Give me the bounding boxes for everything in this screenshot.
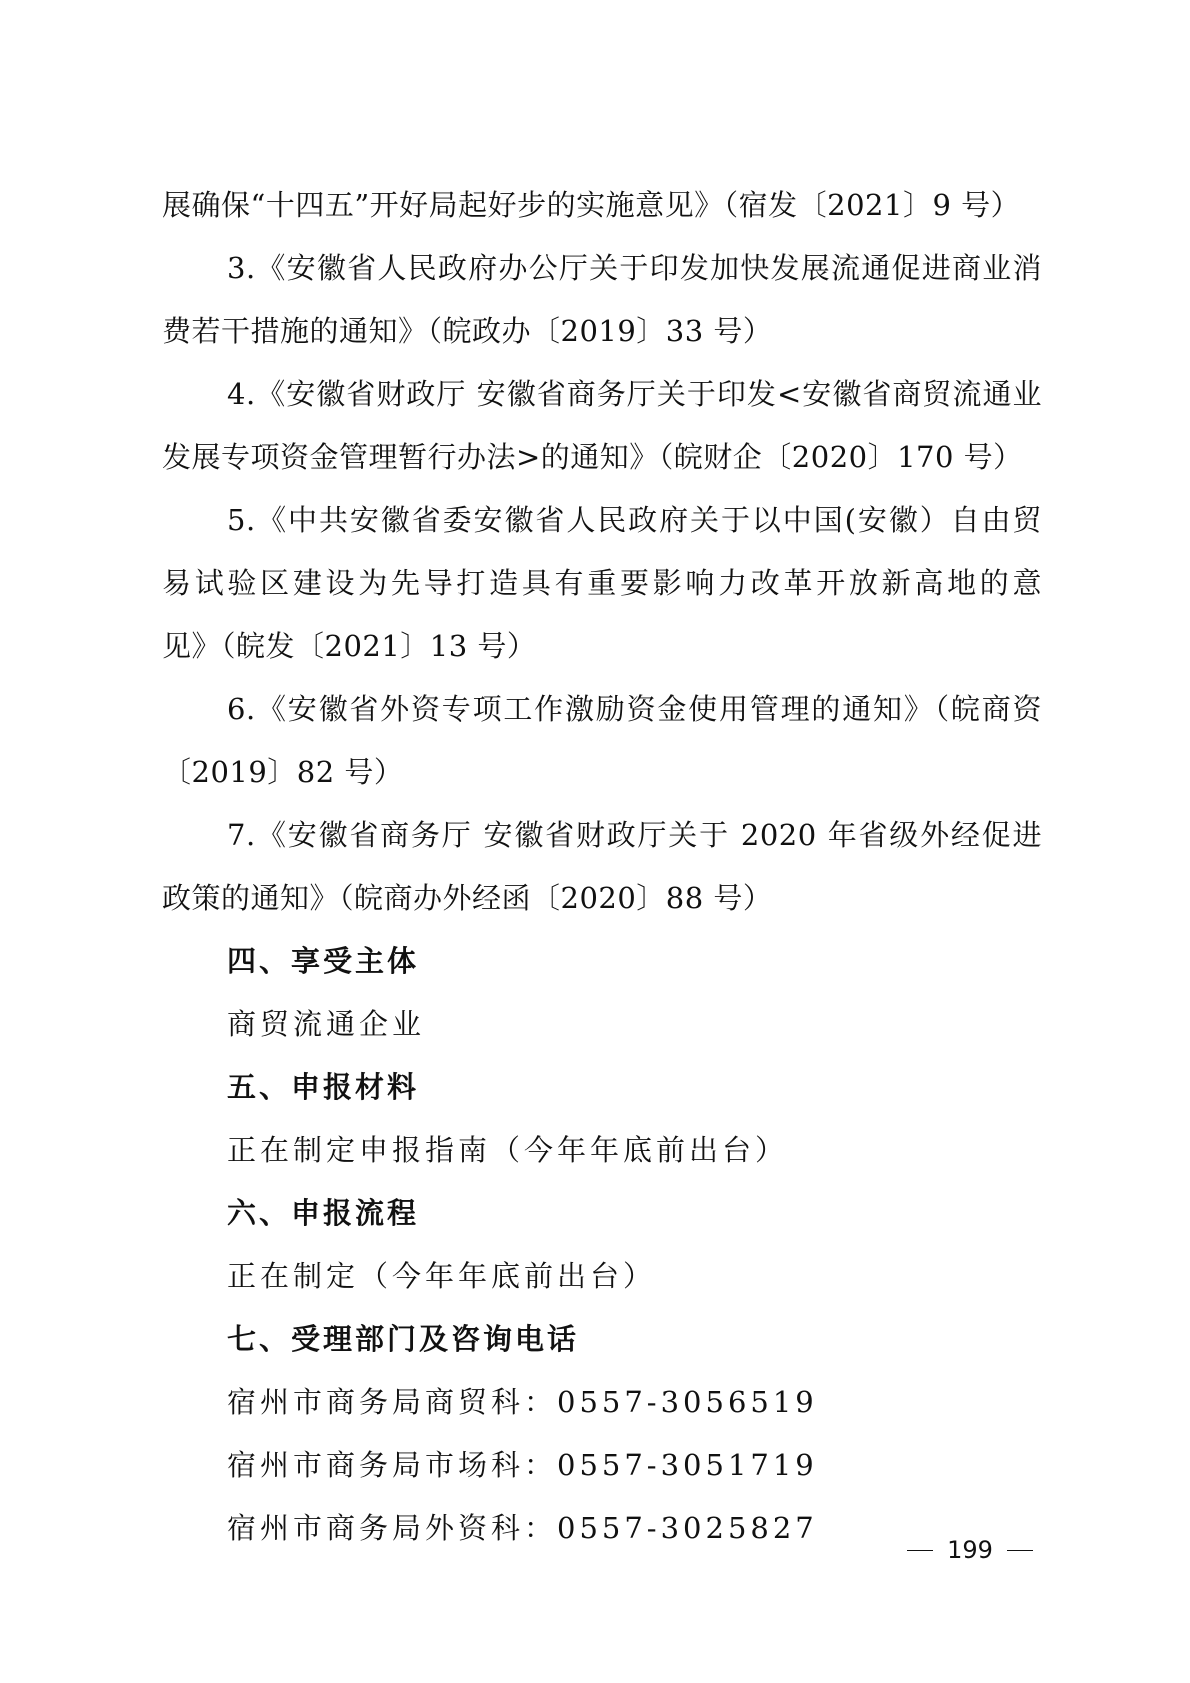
reference-item-4: 4.《安徽省财政厅 安徽省商务厅关于印发<安徽省商贸流通业 (227, 369, 1042, 419)
dash-right (1007, 1550, 1033, 1551)
reference-item-6-cont: 〔2019〕82 号） (162, 747, 1042, 797)
section-heading-process: 六、申报流程 (227, 1188, 1042, 1238)
contact-market-section: 宿州市商务局市场科：0557-3051719 (227, 1440, 1042, 1490)
text-line-continuation: 展确保“十四五”开好局起好步的实施意见》（宿发〔2021〕9 号） (162, 180, 1042, 230)
section-content-materials: 正在制定申报指南（今年年底前出台） (227, 1125, 1042, 1175)
reference-item-7: 7.《安徽省商务厅 安徽省财政厅关于 2020 年省级外经促进 (227, 810, 1042, 860)
section-content-process: 正在制定（今年年底前出台） (227, 1251, 1042, 1301)
reference-item-3-cont: 费若干措施的通知》（皖政办〔2019〕33 号） (162, 306, 1042, 356)
reference-item-5: 5.《中共安徽省委安徽省人民政府关于以中国(安徽）自由贸 (227, 495, 1042, 545)
reference-item-4-cont: 发展专项资金管理暂行办法>的通知》（皖财企〔2020〕170 号） (162, 432, 1042, 482)
page-number: 199 (900, 1532, 1040, 1568)
section-content-beneficiary: 商贸流通企业 (227, 999, 1042, 1049)
reference-item-3: 3.《安徽省人民政府办公厅关于印发加快发展流通促进商业消 (227, 243, 1042, 293)
section-heading-beneficiary: 四、享受主体 (227, 936, 1042, 986)
reference-item-7-cont: 政策的通知》（皖商办外经函〔2020〕88 号） (162, 873, 1042, 923)
page-number-value: 199 (947, 1536, 993, 1564)
section-heading-contact: 七、受理部门及咨询电话 (227, 1314, 1042, 1364)
section-heading-materials: 五、申报材料 (227, 1062, 1042, 1112)
dash-left (907, 1550, 933, 1551)
reference-item-6: 6.《安徽省外资专项工作激励资金使用管理的通知》（皖商资 (227, 684, 1042, 734)
reference-item-5-cont2: 见》（皖发〔2021〕13 号） (162, 621, 1042, 671)
contact-trade-section: 宿州市商务局商贸科：0557-3056519 (227, 1377, 1042, 1427)
document-page: 展确保“十四五”开好局起好步的实施意见》（宿发〔2021〕9 号） 3.《安徽省… (0, 0, 1190, 1683)
reference-item-5-cont: 易试验区建设为先导打造具有重要影响力改革开放新高地的意 (162, 558, 1042, 608)
